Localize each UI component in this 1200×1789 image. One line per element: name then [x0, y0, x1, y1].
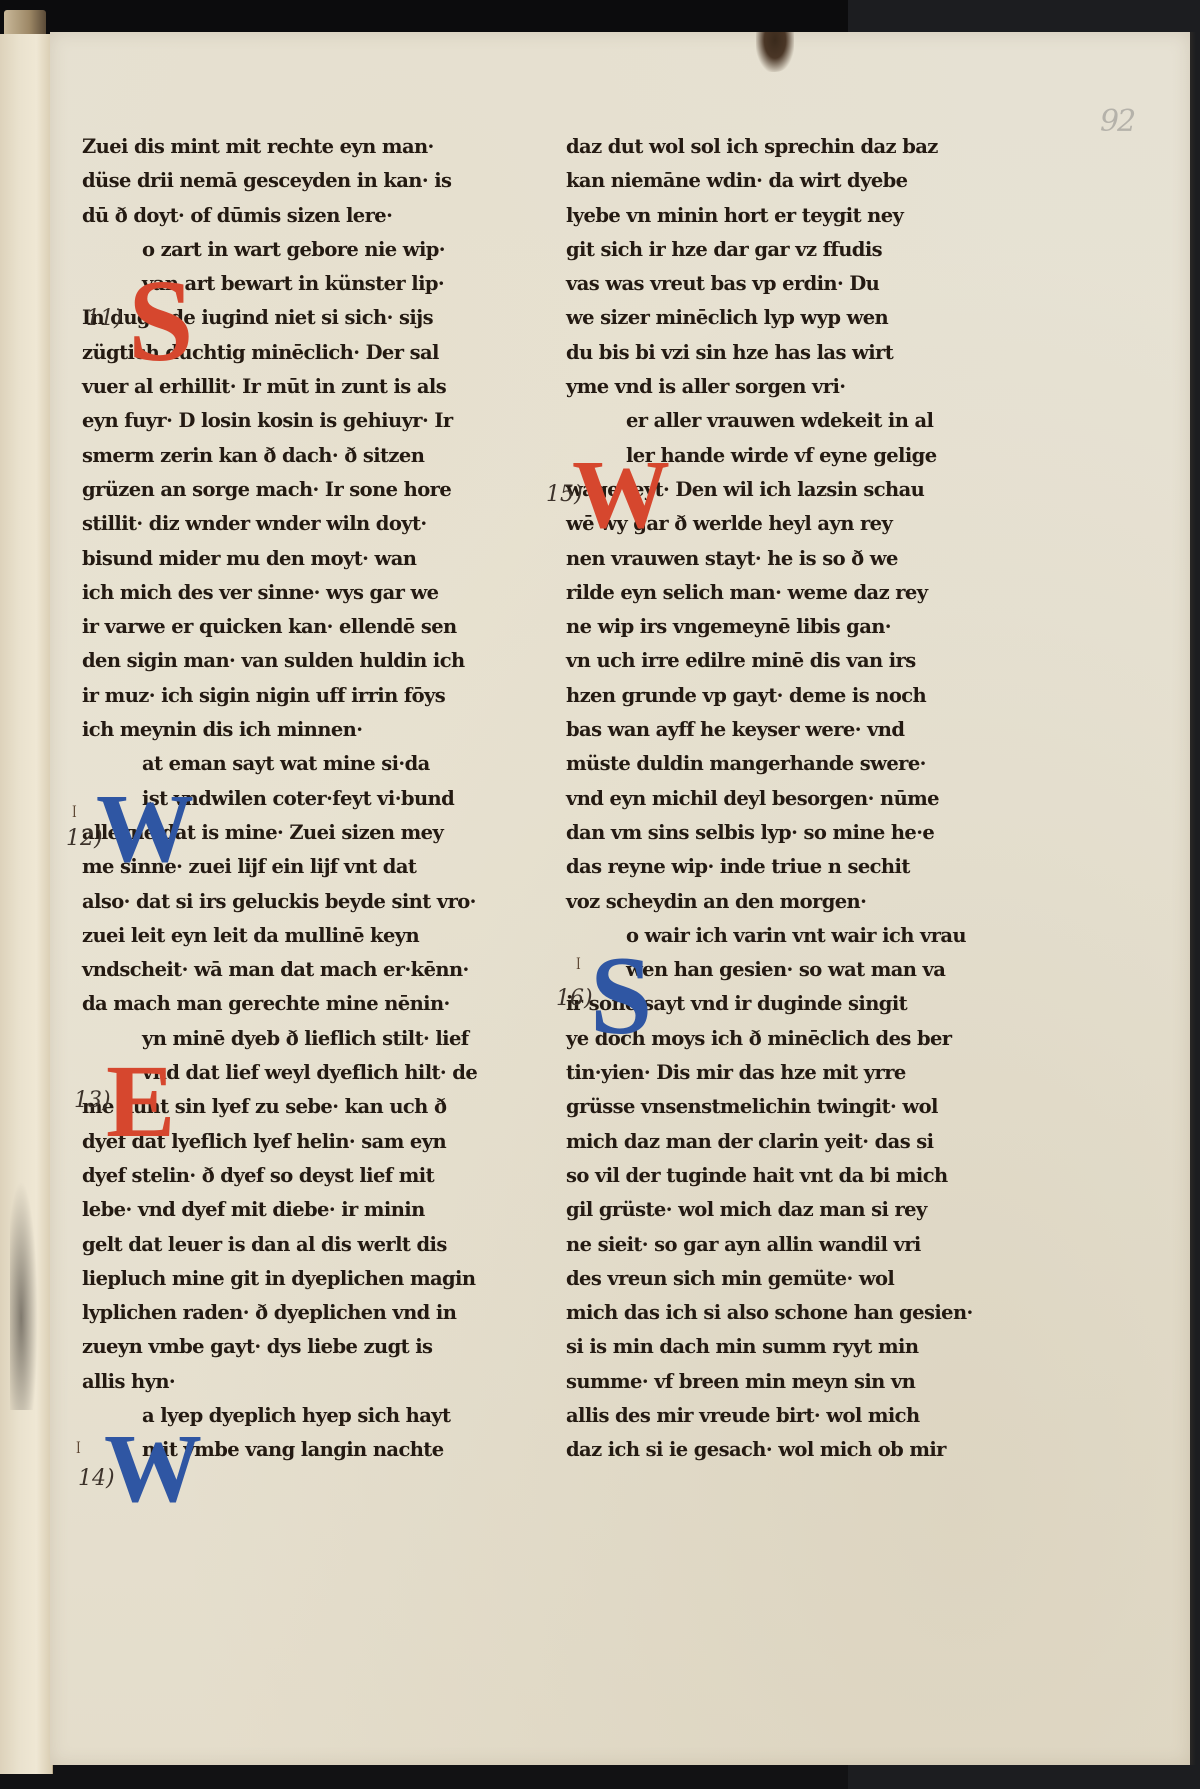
- manuscript-line: des vreun sich min gemüte· wol: [566, 1262, 1036, 1296]
- decorated-initial-w-blue: W: [96, 780, 194, 878]
- manuscript-line: lyebe vn minin hort er teygit ney: [566, 199, 1036, 233]
- margin-mark: ꟾ: [576, 958, 581, 972]
- manuscript-line: grüsse vnsenstmelichin twingit· wol: [566, 1090, 1036, 1124]
- manuscript-line: zueyn vmbe gayt· dys liebe zugt is: [82, 1330, 542, 1364]
- decorated-initial-w-red: W: [572, 446, 670, 544]
- manuscript-line: Zuei dis mint mit rechte eyn man·: [82, 130, 542, 164]
- manuscript-line: vndscheit· wā man dat mach er·kēnn·: [82, 953, 542, 987]
- stanza-number-11: 11): [86, 306, 123, 331]
- right-text-column: daz dut wol sol ich sprechin daz bazkan …: [566, 130, 1036, 1468]
- manuscript-line: dan vm sins selbis lyp· so mine he·e: [566, 816, 1036, 850]
- manuscript-line: vn uch irre edilre minē dis van irs: [566, 644, 1036, 678]
- decorated-initial-e-red: E: [106, 1050, 175, 1154]
- binding-stain: [10, 1180, 38, 1410]
- manuscript-line: daz ich si ie gesach· wol mich ob mir: [566, 1433, 1036, 1467]
- manuscript-line: hzen grunde vp gayt· deme is noch: [566, 679, 1036, 713]
- manuscript-line: ir muz· ich sigin nigin uff irrin fōys: [82, 679, 542, 713]
- manuscript-line: den sigin man· van sulden huldin ich: [82, 644, 542, 678]
- facing-page-edge: [0, 34, 53, 1774]
- manuscript-line: mich daz man der clarin yeit· das si: [566, 1125, 1036, 1159]
- manuscript-line: vas was vreut bas vp erdin· Du: [566, 267, 1036, 301]
- ink-smudge-top: [756, 32, 794, 72]
- manuscript-line: daz dut wol sol ich sprechin daz baz: [566, 130, 1036, 164]
- manuscript-line: liepluch mine git in dyeplichen magin: [82, 1262, 542, 1296]
- decorated-initial-s-blue: S: [590, 940, 652, 1052]
- manuscript-line: smerm zerin kan ð dach· ð sitzen: [82, 439, 542, 473]
- manuscript-line: gil grüste· wol mich daz man si rey: [566, 1193, 1036, 1227]
- manuscript-line: eyn fuyr· D losin kosin is gehiuyr· Ir: [82, 404, 542, 438]
- manuscript-line: da mach man gerechte mine nēnin·: [82, 987, 542, 1021]
- manuscript-line: si is min dach min summ ryyt min: [566, 1330, 1036, 1364]
- stanza-number-13: 13): [74, 1088, 111, 1113]
- manuscript-line: gelt dat leuer is dan al dis werlt dis: [82, 1228, 542, 1262]
- stanza-number-15: 15): [546, 482, 583, 507]
- manuscript-line: er aller vrauwen wdekeit in al: [566, 404, 1036, 438]
- decorated-initial-s-red: S: [128, 262, 194, 380]
- manuscript-line: ne wip irs vngemeynē libis gan·: [566, 610, 1036, 644]
- manuscript-line: we sizer minēclich lyp wyp wen: [566, 301, 1036, 335]
- manuscript-line: kan niemāne wdin· da wirt dyebe: [566, 164, 1036, 198]
- manuscript-line: müste duldin mangerhande swere·: [566, 747, 1036, 781]
- manuscript-line: tin·yien· Dis mir das hze mit yrre: [566, 1056, 1036, 1090]
- manuscript-line: allis des mir vreude birt· wol mich: [566, 1399, 1036, 1433]
- manuscript-line: so vil der tuginde hait vnt da bi mich: [566, 1159, 1036, 1193]
- stanza-number-16: 16): [556, 986, 593, 1011]
- manuscript-line: rilde eyn selich man· weme daz rey: [566, 576, 1036, 610]
- manuscript-line: git sich ir hze dar gar vz ffudis: [566, 233, 1036, 267]
- manuscript-line: bisund mider mu den moyt· wan: [82, 542, 542, 576]
- stanza-number-14: 14): [78, 1466, 115, 1491]
- manuscript-line: also· dat si irs geluckis beyde sint vro…: [82, 885, 542, 919]
- margin-mark: ꟾ: [72, 806, 77, 820]
- manuscript-line: mich das ich si also schone han gesien·: [566, 1296, 1036, 1330]
- manuscript-line: allis hyn·: [82, 1365, 542, 1399]
- manuscript-line: ich mich des ver sinne· wys gar we: [82, 576, 542, 610]
- manuscript-line: lebe· vnd dyef mit diebe· ir minin: [82, 1193, 542, 1227]
- manuscript-line: ich meynin dis ich minnen·: [82, 713, 542, 747]
- manuscript-line: stillit· diz wnder wnder wiln doyt·: [82, 507, 542, 541]
- manuscript-line: du bis bi vzi sin hze has las wirt: [566, 336, 1036, 370]
- folio-number: 92: [1100, 104, 1134, 139]
- manuscript-line: vnd eyn michil deyl besorgen· nūme: [566, 782, 1036, 816]
- manuscript-line: dyef stelin· ð dyef so deyst lief mit: [82, 1159, 542, 1193]
- manuscript-line: dū ð doyt· of dūmis sizen lere·: [82, 199, 542, 233]
- manuscript-line: ne sieit· so gar ayn allin wandil vri: [566, 1228, 1036, 1262]
- decorated-initial-w-blue: W: [104, 1420, 202, 1518]
- page-edge-shadow: [1190, 32, 1196, 1765]
- manuscript-line: düse drii nemā gesceyden in kan· is: [82, 164, 542, 198]
- stanza-number-12: 12): [66, 826, 103, 851]
- manuscript-line: voz scheydin an den morgen·: [566, 885, 1036, 919]
- manuscript-line: summe· vf breen min meyn sin vn: [566, 1365, 1036, 1399]
- manuscript-line: zuei leit eyn leit da mullinē keyn: [82, 919, 542, 953]
- manuscript-line: ir varwe er quicken kan· ellendē sen: [82, 610, 542, 644]
- manuscript-line: lyplichen raden· ð dyeplichen vnd in: [82, 1296, 542, 1330]
- manuscript-line: das reyne wip· inde triue n sechit: [566, 850, 1036, 884]
- manuscript-line: bas wan ayff he keyser were· vnd: [566, 713, 1036, 747]
- manuscript-line: grüzen an sorge mach· Ir sone hore: [82, 473, 542, 507]
- manuscript-line: yme vnd is aller sorgen vri·: [566, 370, 1036, 404]
- margin-mark: ꟾ: [76, 1442, 81, 1456]
